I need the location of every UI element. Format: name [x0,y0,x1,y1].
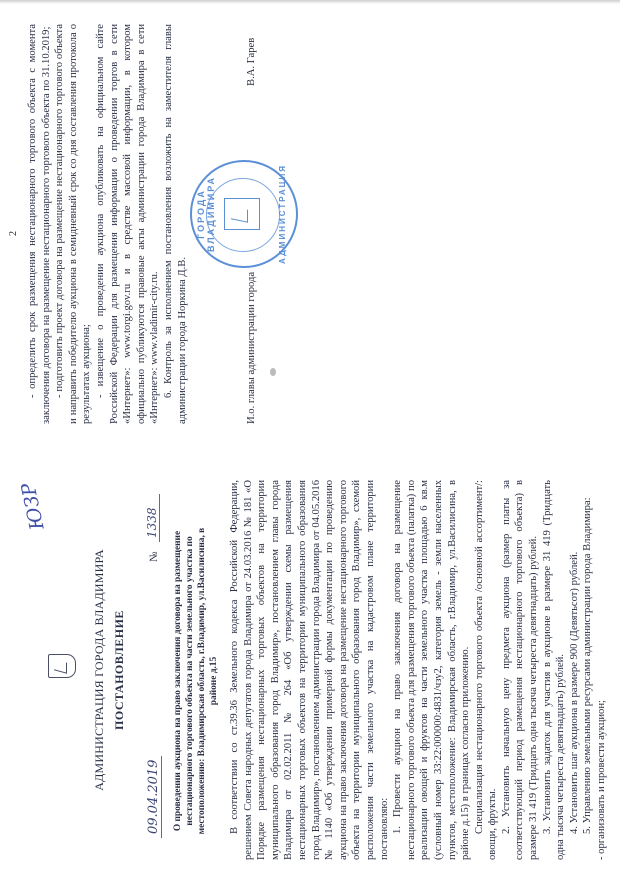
handwritten-mark: ЮЗР [17,481,48,532]
paragraph: 1. Провести аукцион на право заключения … [391,480,473,860]
official-stamp-icon: ГОРОДА ВЛАДИМИРА АДМИНИСТРАЦИЯ [190,160,298,268]
paragraph: 3. Установить задаток для участия в аукц… [541,480,568,860]
page2-body: - определить срок размещения нестационар… [26,24,189,424]
stamp-text-top: ГОРОДА ВЛАДИМИРА [196,162,216,266]
document-subject: О проведении аукциона на право заключени… [172,516,220,846]
document-type: ПОСТАНОВЛЕНИЕ [112,480,127,860]
paragraph: 5. Управлению земельными ресурсами админ… [581,480,595,860]
paragraph: - определить срок размещения нестационар… [26,24,53,424]
city-emblem-icon [48,654,76,678]
page1-body: В соответствии со ст.39.36 Земельного ко… [228,480,609,860]
scan-smudge [270,368,276,376]
document-date: 09.04.2019 [146,756,162,838]
signatory-position: И.о. главы администрации города [246,272,257,424]
authority-name: АДМИНИСТРАЦИЯ ГОРОДА ВЛАДИМИРА [92,480,107,860]
paragraph: 4. Установить шаг аукциона в размере 900… [568,480,582,860]
paragraph: - подготовить проект договора на размеще… [53,24,94,424]
paragraph: В соответствии со ст.39.36 Земельного ко… [228,480,391,860]
signatory-name: В.А. Гарев [246,38,257,86]
stamp-text-bottom: АДМИНИСТРАЦИЯ [278,162,287,266]
document-page: ЮЗР АДМИНИСТРАЦИЯ ГОРОДА ВЛАДИМИРА ПОСТА… [0,0,620,876]
document-number: 1338 [145,494,160,542]
paragraph: 2. Установить начальную цену предмета ау… [500,480,541,860]
stamp-emblem-icon [224,198,260,230]
paragraph: - извещение о проведении аукциона опубли… [94,24,162,424]
paragraph: - организовать и провести аукцион; [595,480,609,860]
paragraph: Специализация нестационарного торгового … [473,480,500,860]
paragraph: 6. Контроль за исполнением постановления… [162,24,189,424]
page-number: 2 [8,231,19,236]
number-label: № [148,552,160,563]
